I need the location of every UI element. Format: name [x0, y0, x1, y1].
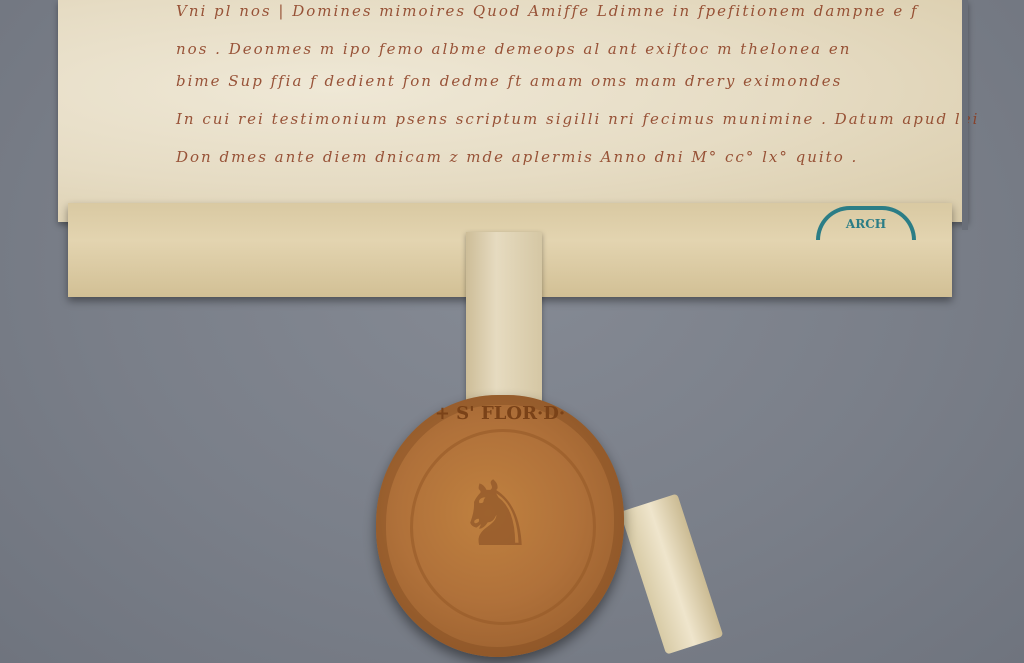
charter-line-3: bime Sup ffia f dedient fon dedme ft ama… [176, 72, 842, 90]
wax-seal: + S' FLOR·D· ♞ [376, 395, 624, 657]
mount-edge [962, 0, 968, 230]
charter-line-4: In cui rei testimonium psens scriptum si… [176, 110, 979, 128]
equestrian-figure-icon: ♞ [436, 455, 556, 575]
charter-line-5: Don dmes ante diem dnicam z mde aplermis… [176, 148, 858, 166]
charter-parchment: Vni pl nos | Domines mimoires Quod Amiff… [58, 0, 968, 222]
archive-stamp: ARCH [816, 206, 916, 240]
charter-line-2: nos . Deonmes m ipo femo albme demeops a… [176, 40, 851, 58]
seal-tag-strap [466, 232, 542, 412]
charter-line-1: Vni pl nos | Domines mimoires Quod Amiff… [176, 2, 919, 20]
